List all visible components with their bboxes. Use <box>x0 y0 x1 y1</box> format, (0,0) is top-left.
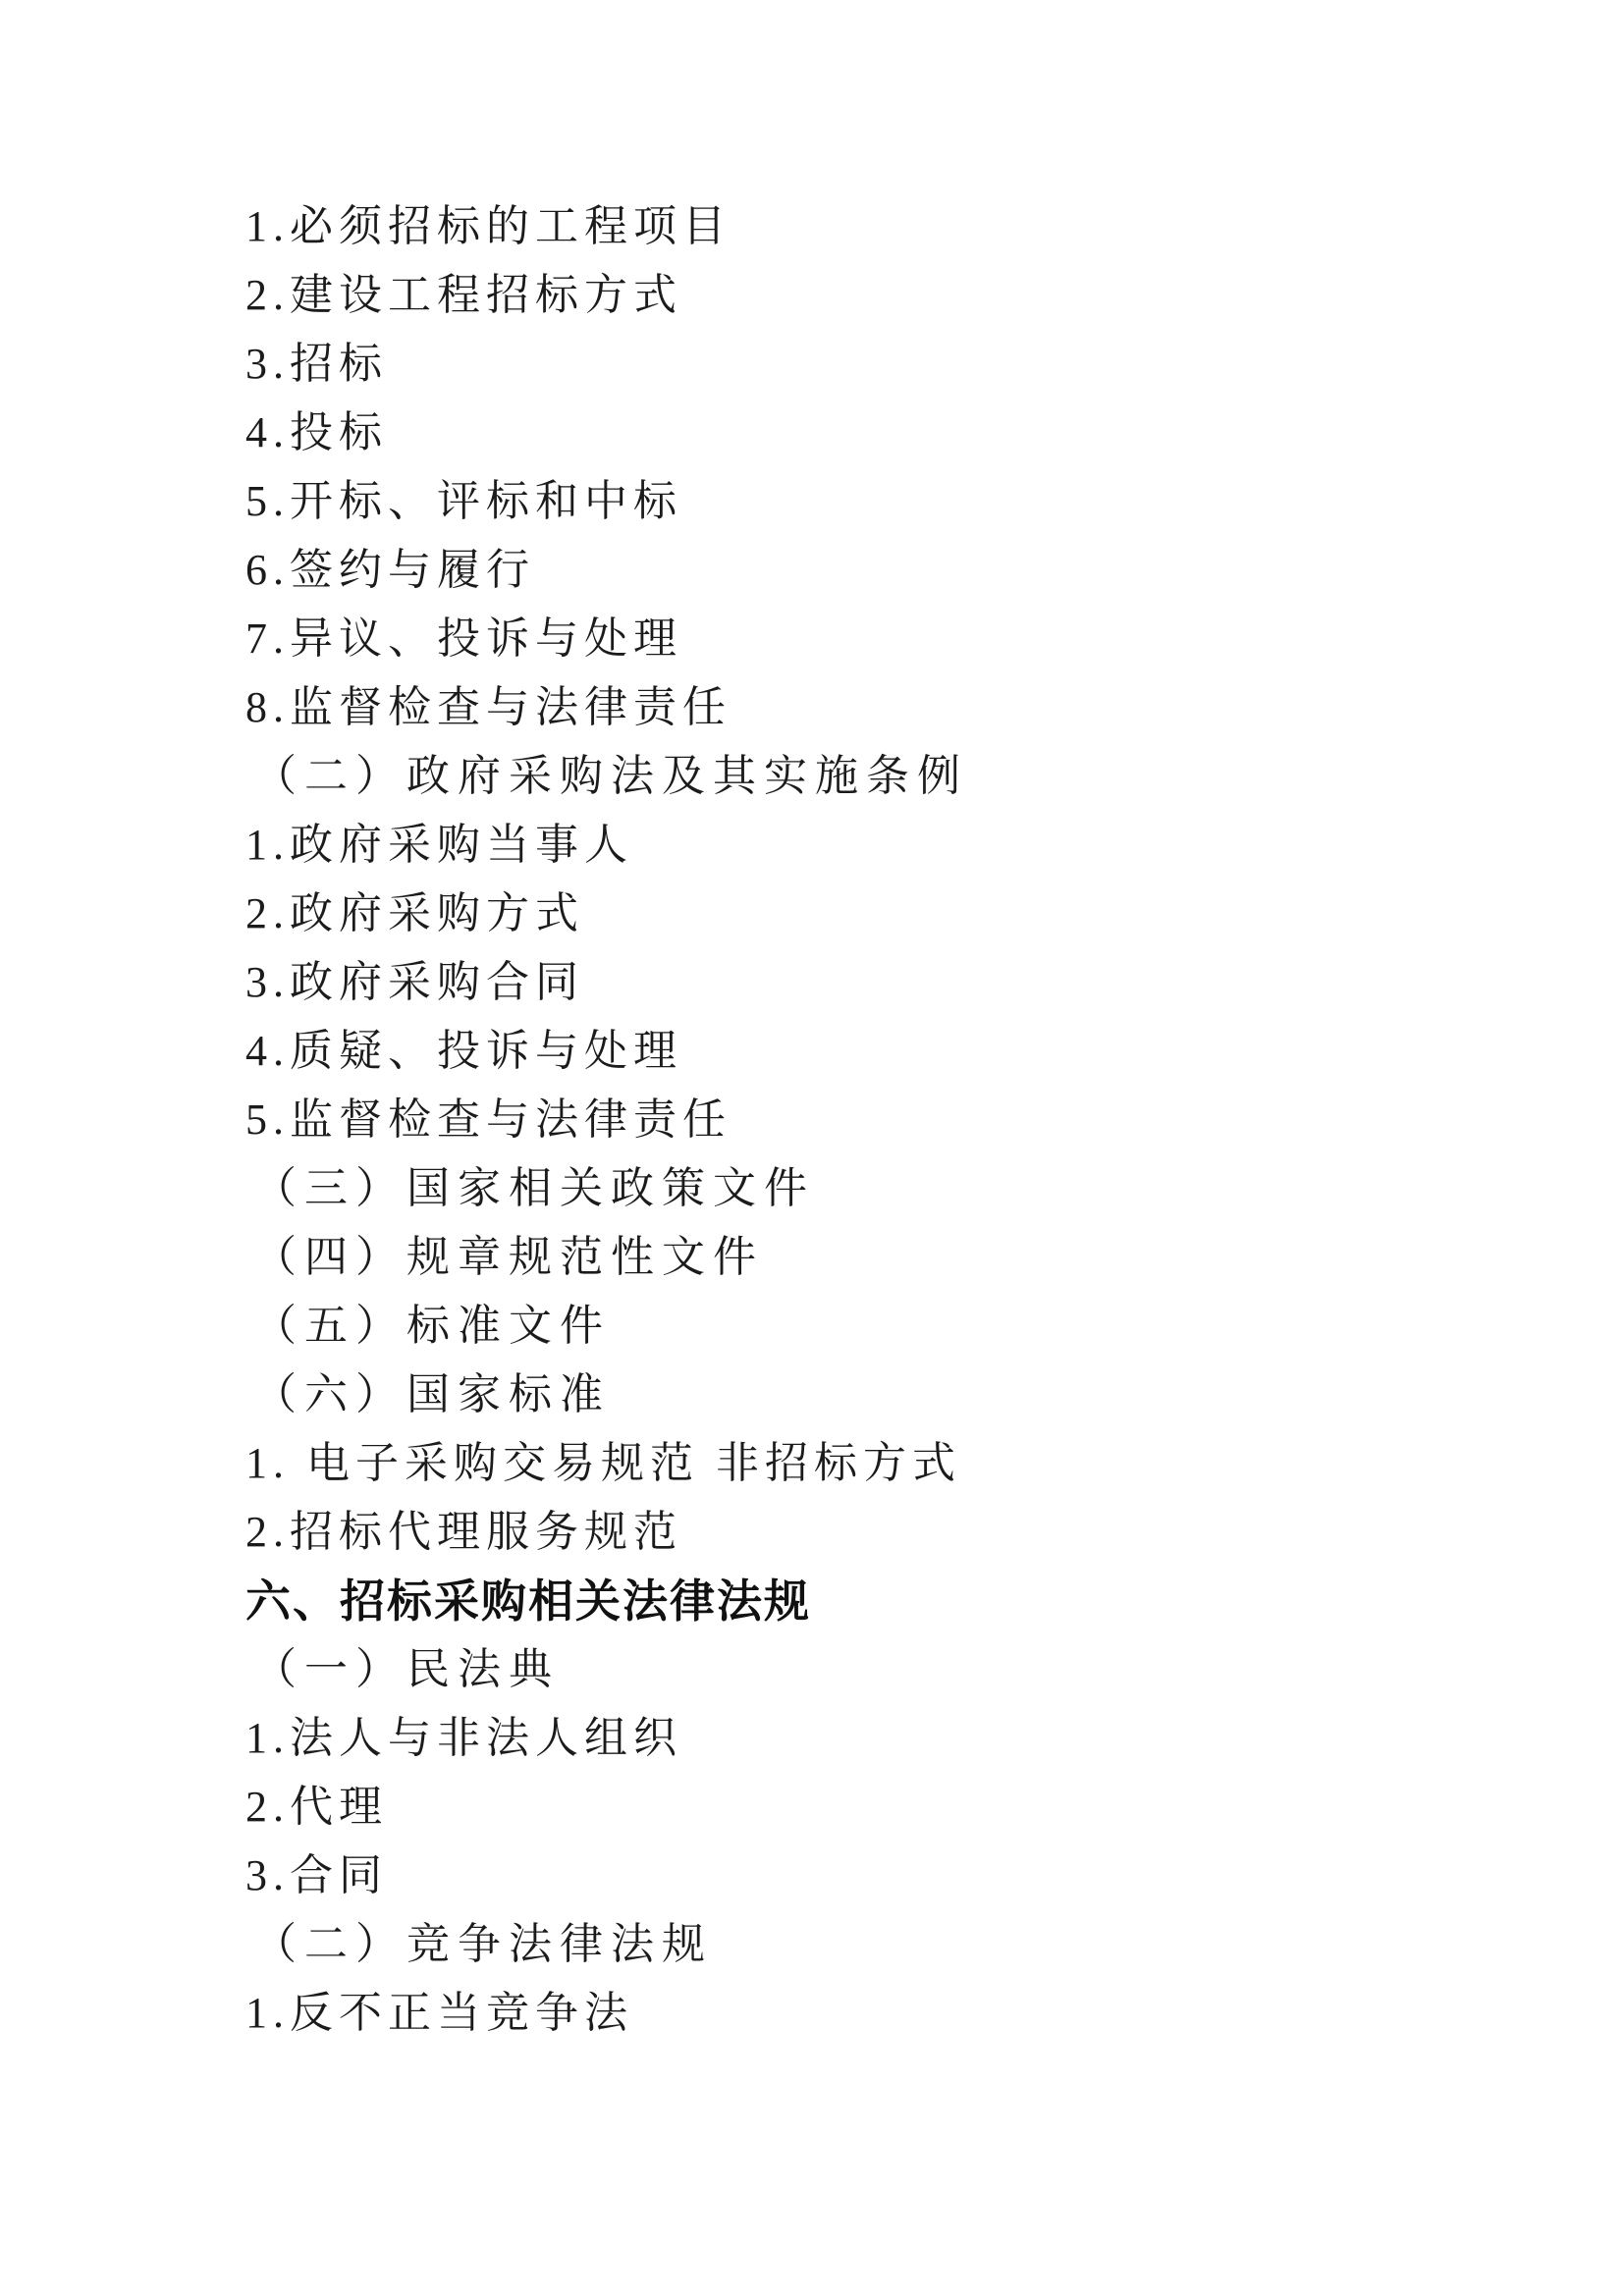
outline-item: 1.反不正当竞争法 <box>0 1979 1624 2048</box>
outline-item: 3.合同 <box>0 1842 1624 1910</box>
outline-item: 7.异议、投诉与处理 <box>0 605 1624 673</box>
outline-item: 5.监督检查与法律责任 <box>0 1086 1624 1154</box>
outline-item: 2.代理 <box>0 1773 1624 1842</box>
outline-item: 2.政府采购方式 <box>0 880 1624 948</box>
outline-subsection: （六）国家标准 <box>0 1361 1624 1429</box>
outline-item: 1.法人与非法人组织 <box>0 1704 1624 1773</box>
outline-item: 3.招标 <box>0 330 1624 399</box>
outline-content: 1.必须招标的工程项目 2.建设工程招标方式 3.招标 4.投标 5.开标、评标… <box>0 192 1624 2048</box>
outline-item: 1. 电子采购交易规范 非招标方式 <box>0 1429 1624 1498</box>
outline-subsection: （五）标准文件 <box>0 1292 1624 1361</box>
outline-subsection: （一）民法典 <box>0 1635 1624 1704</box>
outline-subsection: （四）规章规范性文件 <box>0 1223 1624 1292</box>
outline-item: 4.质疑、投诉与处理 <box>0 1017 1624 1086</box>
outline-subsection: （二）竞争法律法规 <box>0 1910 1624 1979</box>
outline-subsection: （三）国家相关政策文件 <box>0 1154 1624 1223</box>
outline-item: 6.签约与履行 <box>0 536 1624 605</box>
section-heading: 六、招标采购相关法律法规 <box>0 1567 1624 1635</box>
outline-item: 2.建设工程招标方式 <box>0 261 1624 330</box>
outline-item: 5.开标、评标和中标 <box>0 467 1624 536</box>
outline-item: 4.投标 <box>0 399 1624 467</box>
outline-subsection: （二）政府采购法及其实施条例 <box>0 742 1624 811</box>
outline-item: 8.监督检查与法律责任 <box>0 673 1624 742</box>
outline-item: 1.必须招标的工程项目 <box>0 192 1624 261</box>
outline-item: 3.政府采购合同 <box>0 948 1624 1017</box>
document-page: 1.必须招标的工程项目 2.建设工程招标方式 3.招标 4.投标 5.开标、评标… <box>0 0 1624 2296</box>
outline-item: 2.招标代理服务规范 <box>0 1498 1624 1567</box>
outline-item: 1.政府采购当事人 <box>0 811 1624 880</box>
